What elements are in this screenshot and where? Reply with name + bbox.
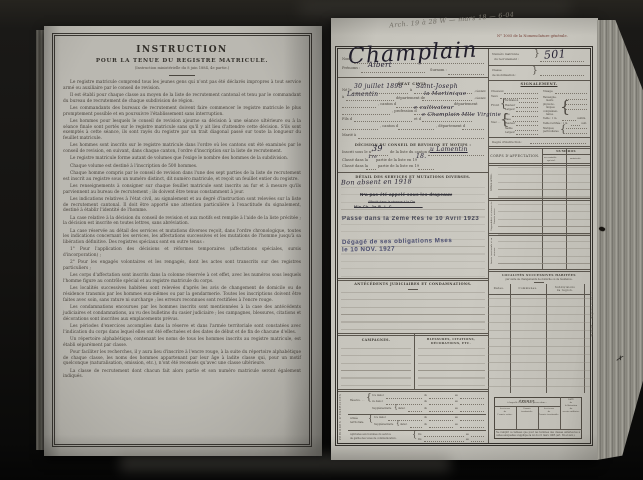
- page-shading: [44, 26, 322, 456]
- antecedents-heading: ANTÉCÉDENTS JUDICIAIRES ET CONDAMNATIONS…: [338, 282, 488, 286]
- scanned-register-photo: INSTRUCTION POUR LA TENUE DU REGISTRE MA…: [0, 0, 643, 480]
- epoque-col1: la réservedel'armée active.: [494, 408, 516, 417]
- epoque-col2: l'arméeterritoriale.: [516, 408, 538, 414]
- profession-handwritten: e cultivateur: [414, 105, 454, 111]
- struck-line-2: Mle Ch. 2e R. I. C. — . . . — . . .: [354, 205, 423, 209]
- right-book-edge: [597, 20, 643, 460]
- background-smudge: [300, 0, 570, 14]
- epoque-subheading: à laquelle l'homme doit passer dans :: [494, 402, 560, 404]
- services-hand-entry: Bon absent en 1918: [341, 177, 412, 186]
- surnom-label: Surnom :: [430, 68, 447, 72]
- localites-ruled-lines: [488, 298, 590, 393]
- edge-print: 7144-98. — Registre matricule.: [590, 268, 594, 358]
- margin-word-2: , résidant: [474, 97, 486, 100]
- birthdate-handwritten: 30 juillet 1898: [354, 83, 403, 90]
- matricule-number: 501: [544, 47, 567, 61]
- surnom-line: [448, 74, 484, 75]
- mother-handwritten: e Champlain Mlle Virginie: [422, 112, 501, 118]
- degre-instruction-label: Degré d'instruction :: [492, 140, 522, 144]
- matricule-label2: du recrutement :: [494, 57, 519, 61]
- col-dates: Dates.: [488, 287, 510, 290]
- classe-brace: }: [532, 66, 538, 76]
- corps-affectation-header: CORPS D'AFFECTATION.: [488, 154, 542, 158]
- aptitudes-label2: de garde des voies de communication.: [350, 437, 397, 440]
- reserve-label: Réserve . . .: [350, 399, 364, 402]
- armee-territoriale-label1: Armée: [350, 417, 358, 420]
- inscrit-number-handwritten: 39: [372, 144, 383, 153]
- dept-label: département de: [396, 96, 425, 100]
- matricule-label: Numéro matricule: [492, 52, 519, 56]
- epoque-footnote: Ne remplir ce tableau que pour les homme…: [496, 431, 580, 437]
- inscrit-canton-handwritten: u Lamentin: [430, 146, 468, 153]
- left-page: INSTRUCTION POUR LA TENUE DU REGISTRE MA…: [44, 26, 322, 456]
- left-book-edge: [36, 30, 44, 450]
- col-subdiv-2: de région.: [546, 289, 584, 292]
- prenoms-line: [361, 72, 425, 73]
- classe1-label2: partie de la liste en 19: [376, 158, 417, 162]
- campagnes-heading: CAMPAGNES.: [338, 338, 414, 342]
- matricule-rule: [488, 65, 590, 66]
- profession-label: , profession d: [392, 109, 417, 113]
- classe2-label: Classé dans la: [342, 164, 368, 168]
- dept-handwritten: la Martinique: [424, 91, 466, 97]
- et-de-label: et d: [414, 117, 421, 121]
- marie-label: Marié à: [342, 133, 356, 137]
- departement2-label: , département d: [436, 124, 465, 128]
- classe-rule: [488, 80, 590, 81]
- matricule-brace: }: [534, 49, 540, 59]
- signalement-heading: SIGNALEMENT.: [488, 82, 590, 86]
- localites-heading: LOCALITÉS SUCCESSIVES HABITÉES: [488, 273, 590, 277]
- blessures-heading-2: DÉCORATIONS, ETC.: [414, 341, 488, 345]
- classe1-label: Classé dans la: [342, 158, 368, 162]
- classe2-label2: partie de la liste en 19: [378, 164, 419, 168]
- fils-label: Fils d: [342, 117, 352, 121]
- classe-line: [540, 75, 584, 76]
- stamp-non-appele: N'a pas été appelé sous les drapeaux: [360, 192, 452, 197]
- periodes-vertical-label: PÉRIODES D'EXERCICES: [339, 393, 342, 441]
- side-label-territoriale: Armée territoriale et sa réserve.: [490, 236, 496, 266]
- antecedents-ruled-lines: [341, 292, 485, 332]
- armee-territoriale-label2: territoriale.: [350, 421, 364, 424]
- campagnes-ruled-lines: [341, 348, 411, 388]
- nom-label: Nom :: [342, 57, 353, 61]
- col-communes: Communes.: [510, 287, 546, 290]
- side-label-armee-active: Armée active.: [490, 168, 496, 196]
- header-rule: [338, 77, 488, 78]
- classe1-year-handwritten: 18.: [416, 153, 426, 160]
- classe-label: Classe: [492, 68, 502, 72]
- birthplace-handwritten: Saint-Joseph: [416, 83, 458, 90]
- epoque-col3: la réservedel'armée territoriale.: [538, 408, 560, 417]
- bottom-shadow: [120, 454, 450, 472]
- classe-label2: de mobilisation :: [492, 73, 516, 77]
- a2-label: à: [342, 95, 344, 99]
- nomenclature-note: N° 1005 de la Nomenclature générale.: [497, 34, 568, 38]
- prenoms-label: Prénoms :: [342, 66, 360, 70]
- departement-label: département: [454, 102, 477, 106]
- canton2-label: , canton d: [380, 124, 398, 128]
- prenoms-handwritten: Albert: [368, 61, 392, 69]
- margin-word-1: , résidant: [474, 90, 486, 93]
- epoque-date-col: DATEdela libérationduservice militaire.: [560, 399, 582, 413]
- canton-label: , canton d: [378, 102, 396, 106]
- corps-ruled-lines: [498, 167, 590, 269]
- matricule-line: [540, 61, 584, 62]
- localites-subheading: par suite de changements de domicile ou …: [488, 278, 590, 281]
- blessures-ruled-lines: [418, 348, 485, 388]
- struck-line-1: Affecté dans la réserve à la Cie: [368, 200, 415, 204]
- edge-scrawl: ✗: [615, 353, 623, 363]
- residence-handwritten: Lamentin: [347, 91, 378, 98]
- side-label-disponibilite: Disponibilité et réserve de l'armée acti…: [490, 201, 496, 231]
- right-page: Arch. 19 à 28 W — mars 18 — 6-04 N° 1005…: [331, 18, 598, 460]
- reserve-brace: {: [366, 393, 372, 403]
- aptitudes-label1: Aptitudes aux hommes du service: [350, 433, 391, 436]
- matricule-form: Champlain Nom : Prénoms : Albert Surnom …: [337, 48, 591, 444]
- a-label: à: [410, 88, 412, 92]
- stamp-passe-reserve: Passé dans la 2ème Rés le 10 Avril 1923: [342, 216, 479, 222]
- numeros-header: NUMÉROS: [542, 149, 590, 153]
- stamp-degage-line2: le 10 NOV. 1927: [342, 246, 395, 254]
